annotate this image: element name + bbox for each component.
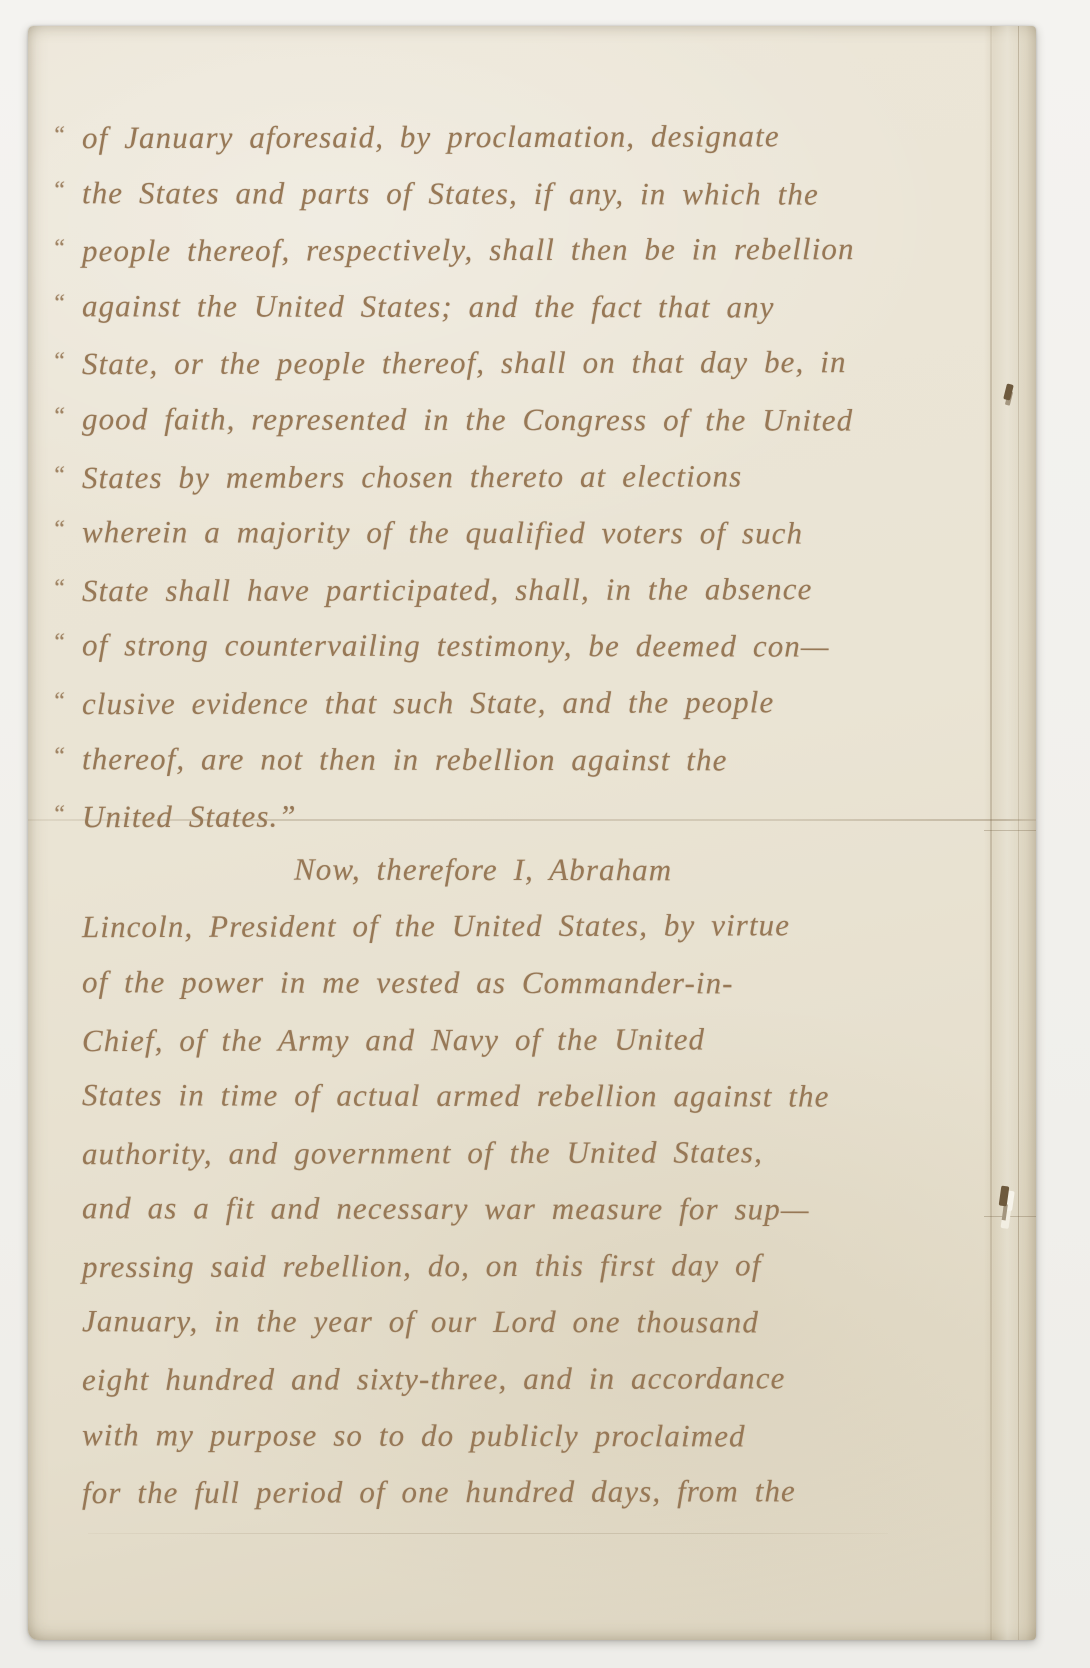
quote-mark: “ — [52, 447, 82, 504]
line-text: against the United States; and the fact … — [82, 288, 775, 324]
manuscript-line: Now, therefore I, Abraham — [52, 841, 982, 899]
manuscript-line: “of January aforesaid, by proclamation, … — [52, 105, 982, 164]
line-text: of strong countervailing testimony, be d… — [82, 628, 830, 664]
manuscript-line: “United States.” — [52, 784, 982, 843]
quote-mark: “ — [52, 275, 82, 332]
line-text: people thereof, respectively, shall then… — [82, 231, 855, 268]
fold-crease-horizontal — [88, 1533, 888, 1534]
line-text: and as a fit and necessary war measure f… — [82, 1191, 810, 1227]
line-text: of the power in me vested as Commander-i… — [82, 964, 734, 1000]
line-text: State shall have participated, shall, in… — [82, 571, 812, 608]
quote-mark: “ — [52, 560, 82, 617]
line-text: with my purpose so to do publicly procla… — [82, 1417, 746, 1453]
manuscript-line: for the full period of one hundred days,… — [52, 1463, 982, 1522]
binding-strip — [984, 26, 1036, 1640]
manuscript-line: “against the United States; and the fact… — [52, 275, 982, 333]
line-text: eight hundred and sixty-three, and in ac… — [82, 1360, 786, 1397]
quote-mark: “ — [52, 107, 82, 164]
manuscript-line: and as a fit and necessary war measure f… — [52, 1180, 982, 1238]
binding-crease — [1018, 26, 1019, 1640]
quote-mark: “ — [52, 501, 82, 558]
quote-mark: “ — [52, 615, 82, 672]
quote-mark: “ — [52, 220, 82, 277]
line-text: good faith, represented in the Congress … — [82, 401, 853, 437]
line-text: clusive evidence that such State, and th… — [82, 684, 774, 721]
manuscript-line: Chief, of the Army and Navy of the Unite… — [52, 1010, 982, 1069]
line-text: thereof, are not then in rebellion again… — [82, 741, 728, 777]
manuscript-line: “State, or the people thereof, shall on … — [52, 331, 982, 390]
quote-mark: “ — [52, 673, 82, 730]
manuscript-line: States in time of actual armed rebellion… — [52, 1067, 982, 1125]
manuscript-line: “wherein a majority of the qualified vot… — [52, 501, 982, 559]
binding-fold-line — [984, 1216, 1036, 1217]
line-text: States in time of actual armed rebellion… — [82, 1077, 830, 1113]
manuscript-text: “of January aforesaid, by proclamation, … — [52, 106, 982, 1521]
binding-crease — [990, 26, 992, 1640]
line-text: January, in the year of our Lord one tho… — [82, 1304, 759, 1340]
manuscript-line: “people thereof, respectively, shall the… — [52, 218, 982, 277]
line-text: State, or the people thereof, shall on t… — [82, 345, 847, 382]
manuscript-line: Lincoln, President of the United States,… — [52, 897, 982, 956]
quote-mark: “ — [52, 728, 82, 785]
binding-fold-line — [984, 830, 1036, 831]
line-text: for the full period of one hundred days,… — [82, 1474, 796, 1511]
line-text: authority, and government of the United … — [82, 1134, 763, 1171]
quote-mark: “ — [52, 786, 82, 843]
line-text: wherein a majority of the qualified vote… — [82, 514, 803, 550]
quote-mark: “ — [52, 334, 82, 391]
manuscript-line: “State shall have participated, shall, i… — [52, 558, 982, 617]
line-text: Chief, of the Army and Navy of the Unite… — [82, 1021, 705, 1058]
manuscript-line: with my purpose so to do publicly procla… — [52, 1407, 982, 1465]
line-text: Now, therefore I, Abraham — [294, 851, 672, 887]
manuscript-line: authority, and government of the United … — [52, 1123, 982, 1182]
manuscript-line: “clusive evidence that such State, and t… — [52, 671, 982, 730]
manuscript-line: eight hundred and sixty-three, and in ac… — [52, 1350, 982, 1409]
line-text: United States.” — [82, 799, 297, 835]
manuscript-line: of the power in me vested as Commander-i… — [52, 954, 982, 1012]
manuscript-page: “of January aforesaid, by proclamation, … — [28, 26, 1036, 1640]
line-text: pressing said rebellion, do, on this fir… — [82, 1247, 761, 1284]
manuscript-line: “the States and parts of States, if any,… — [52, 162, 982, 220]
line-text: the States and parts of States, if any, … — [82, 175, 819, 211]
manuscript-line: “good faith, represented in the Congress… — [52, 388, 982, 446]
manuscript-line: pressing said rebellion, do, on this fir… — [52, 1237, 982, 1296]
quote-mark: “ — [52, 388, 82, 445]
manuscript-line: “States by members chosen thereto at ele… — [52, 444, 982, 503]
line-text: of January aforesaid, by proclamation, d… — [82, 118, 780, 155]
line-text: States by members chosen thereto at elec… — [82, 458, 742, 495]
line-text: Lincoln, President of the United States,… — [82, 908, 790, 945]
manuscript-line: “thereof, are not then in rebellion agai… — [52, 728, 982, 786]
manuscript-line: January, in the year of our Lord one tho… — [52, 1294, 982, 1352]
quote-mark: “ — [52, 162, 82, 219]
scan-background: “of January aforesaid, by proclamation, … — [0, 0, 1090, 1668]
manuscript-line: “of strong countervailing testimony, be … — [52, 615, 982, 673]
